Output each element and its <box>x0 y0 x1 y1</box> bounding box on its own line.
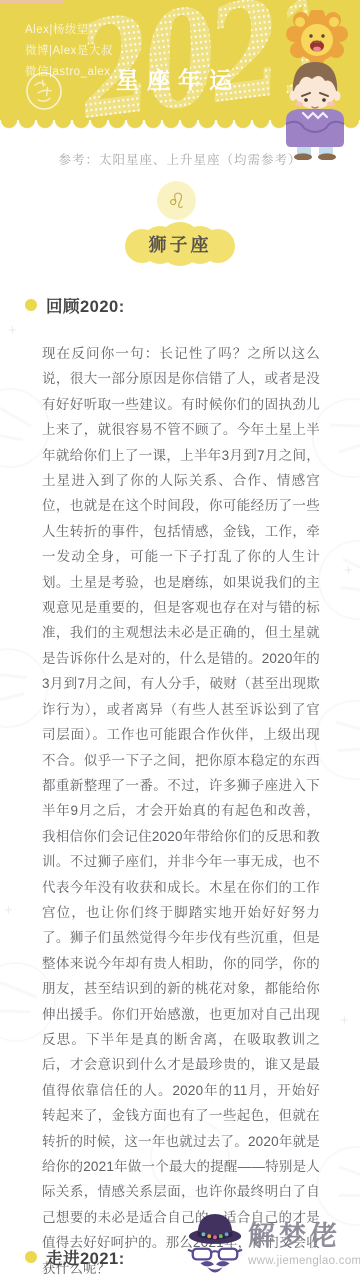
section-heading-enter-2021: 走进2021: <box>25 1245 125 1269</box>
lion-boy-mascot-illustration <box>270 10 360 160</box>
leo-symbol-icon: ♌ <box>157 181 196 220</box>
author-seal-icon <box>21 67 66 114</box>
bullet-dot-icon <box>25 1251 37 1263</box>
site-watermark: 解梦佬 www.jiemenglao.com <box>186 1208 356 1276</box>
top-edge-smudge <box>0 0 64 4</box>
weibo-line: 微博|Alex是大叔 <box>25 41 113 62</box>
section-heading-label: 走进2021: <box>46 1245 125 1269</box>
leo-glyph: ♌ <box>167 189 186 213</box>
background-mark: + <box>8 322 17 339</box>
bullet-dot-icon <box>25 299 37 311</box>
zodiac-name-badge: 狮子座 <box>125 224 235 264</box>
jiemenglao-logo-icon <box>186 1208 244 1276</box>
horoscope-article-page: + + + + 2021 星座年运 Alex|杨绂望 微博|Alex是大叔 微信… <box>0 0 360 1280</box>
section-heading-review-2020: 回顾2020: <box>25 293 125 317</box>
background-mark: + <box>4 902 13 919</box>
review-2020-paragraph: 现在反问你一句：长记性了吗？之所以这么说，很大一部分原因是你信错了人，或者是没有… <box>42 341 320 1280</box>
background-mark: + <box>344 562 353 579</box>
section-heading-label: 回顾2020: <box>46 293 125 317</box>
author-name-line: Alex|杨绂望 <box>25 20 113 41</box>
site-name: 解梦佬 <box>248 1222 360 1250</box>
zodiac-name-label: 狮子座 <box>125 224 235 264</box>
background-mark: + <box>340 1012 349 1029</box>
site-url[interactable]: www.jiemenglao.com <box>248 1255 360 1267</box>
